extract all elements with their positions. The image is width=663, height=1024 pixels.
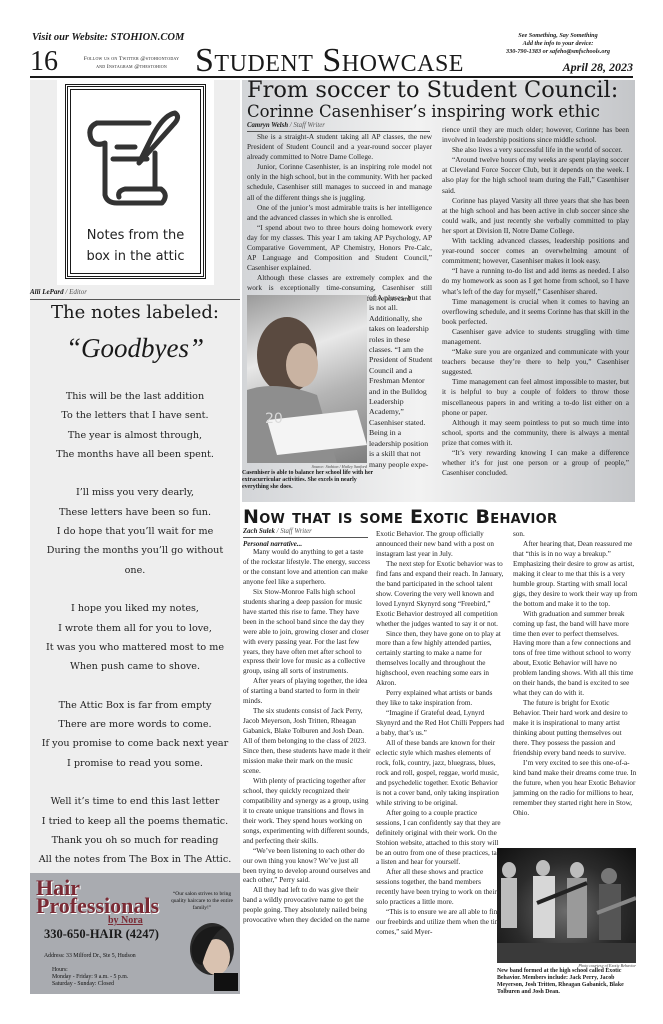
author-name: Camryn Welsh xyxy=(247,122,288,129)
paragraph: “I spend about two to three hours doing … xyxy=(247,223,432,273)
paragraph: After all these shows and practice sessi… xyxy=(376,868,504,908)
notes-logo: Notes from the box in the attic xyxy=(57,80,214,285)
article-wrap-text: of A pluses–but that is not all. Additio… xyxy=(369,293,433,470)
article-column-2: rience until they are much older; howeve… xyxy=(442,125,629,478)
paragraph: The six students consist of Jack Perry, … xyxy=(243,707,371,777)
paragraph: I’m very excited to see this one-of-a-ki… xyxy=(513,759,638,819)
article-column-1: She is a straight-A student taking all A… xyxy=(247,132,432,304)
paragraph: After going to a couple practice session… xyxy=(376,809,504,869)
poem-line: I do hope that you’ll wait for me xyxy=(30,522,240,541)
article-column-1: Many would do anything to get a taste of… xyxy=(243,548,371,926)
author-name: Alli LePard xyxy=(30,288,64,296)
ad-business-name: Hair Professionals xyxy=(36,879,159,915)
paragraph: “This is to ensure we are all able to fi… xyxy=(376,908,504,938)
ad-name-line: Professionals xyxy=(36,897,159,915)
paragraph: Casenhiser gave advice to students strug… xyxy=(442,327,629,347)
poem-line: I promise to read you some. xyxy=(30,754,240,773)
band-on-stage-photo-icon xyxy=(497,848,636,963)
poem-line: During the months you’ll go without xyxy=(30,541,240,560)
hours-weekday: Monday - Friday: 9 a.m. - 5 p.m. xyxy=(52,974,128,981)
paragraph: Corinne has played Varsity all three yea… xyxy=(442,196,629,236)
paragraph: “Make sure you are organized and communi… xyxy=(442,347,629,377)
ad-address: Address: 33 Milford Dr., Ste 5, Hudson xyxy=(44,953,136,959)
author-role: / Editor xyxy=(64,288,87,296)
paragraph: “I have a running to-do list and add ite… xyxy=(442,266,629,296)
poem-line: When push came to shove. xyxy=(30,657,240,676)
paragraph: Exotic Behavior. The group officially an… xyxy=(376,530,504,560)
ad-quote: “Our salon strives to bring quality hair… xyxy=(167,891,237,912)
ad-by-line: by Nora xyxy=(108,915,143,926)
article-headline: From soccer to Student Council: xyxy=(247,78,618,102)
scroll-quill-icon xyxy=(77,105,187,210)
section-title: Student Showcase xyxy=(195,44,464,78)
paragraph: She also lives a very successful life in… xyxy=(442,145,629,155)
poem-line: Thank you oh so much for reading xyxy=(30,831,240,850)
salon-advertisement: Hair Professionals by Nora 330-650-HAIR … xyxy=(30,873,240,994)
poem-line: I hope you liked my notes, xyxy=(30,599,240,618)
author-name: Zach Sulek xyxy=(243,528,275,535)
ad-hours: Hours: Monday - Friday: 9 a.m. - 5 p.m. … xyxy=(52,967,128,989)
stanza: I’ll miss you very dearly, These letters… xyxy=(30,483,240,579)
poem-line: If you promise to come back next year xyxy=(30,734,240,753)
ad-phone: 330-650-HAIR (4247) xyxy=(44,927,159,942)
byline: Zach Sulek / Staff Writer xyxy=(243,528,368,538)
paragraph: “Around twelve hours of my weeks are spe… xyxy=(442,155,629,195)
stanza: The Attic Box is far from empty There ar… xyxy=(30,696,240,773)
article-column-3: son. After hearing that, Dean reassured … xyxy=(513,530,638,819)
notes-column: Notes from the box in the attic Alli LeP… xyxy=(30,80,240,920)
photo-caption: New band formed at the high school calle… xyxy=(497,968,636,996)
masthead: 16 Follow us on Twitter @stohiontoday an… xyxy=(30,48,633,78)
see-something-line: See Something, Say Something xyxy=(483,32,633,40)
paragraph: Perry explained what artists or bands th… xyxy=(376,689,504,709)
byline: Camryn Welsh / Staff Writer xyxy=(247,122,430,132)
byline: Alli LePard / Editor xyxy=(30,288,240,300)
paragraph: With tackling advanced classes, leadersh… xyxy=(442,236,629,266)
poem-line: one. xyxy=(30,561,240,580)
author-role: / Staff Writer xyxy=(275,528,312,535)
article-headline: Now that is some Exotic Behavior xyxy=(243,506,557,528)
paragraph: With plenty of practicing together after… xyxy=(243,777,371,847)
paragraph: With graduation and summer break coming … xyxy=(513,610,638,700)
poem-line: I wrote them all for you to love, xyxy=(30,619,240,638)
article-kicker: Personal narrative... xyxy=(243,540,302,548)
poem-line: The Attic Box is far from empty xyxy=(30,696,240,715)
paragraph: The next step for Exotic behavior was to… xyxy=(376,560,504,630)
paragraph: rience until they are much older; howeve… xyxy=(442,125,629,145)
band-photo xyxy=(497,848,636,963)
photo-credit: Source: Stohion / Hailey Sanford xyxy=(247,464,367,469)
twitter-handle: Follow us on Twitter @stohiontoday xyxy=(74,55,189,63)
soccer-article: From soccer to Student Council: Corinne … xyxy=(242,80,635,502)
issue-date: April 28, 2023 xyxy=(563,60,633,75)
photo-caption: Casenhiser is able to balance her school… xyxy=(242,470,374,491)
hours-weekend: Saturday - Sunday: Closed xyxy=(52,981,128,988)
author-role: / Staff Writer xyxy=(288,122,325,129)
website-link[interactable]: Visit our Website: STOHION.COM xyxy=(32,32,184,43)
paragraph: Six Stow-Monroe Falls high school studen… xyxy=(243,588,371,678)
student-writing-photo-icon: 20 xyxy=(247,295,367,463)
paragraph: “It’s very rewarding knowing I can make … xyxy=(442,448,629,478)
paragraph: One of the junior’s most admirable trait… xyxy=(247,203,432,223)
poem-line: All the notes from The Box in The Attic. xyxy=(30,850,240,869)
paragraph: “We’ve been listening to each other do o… xyxy=(243,847,371,887)
logo-caption-line: Notes from the xyxy=(57,225,214,246)
paragraph: All of these bands are known for their e… xyxy=(376,739,504,809)
paragraph: After hearing that, Dean reassured me th… xyxy=(513,540,638,610)
paragraph: Many would do anything to get a taste of… xyxy=(243,548,371,588)
poem-line: The months have all been spent. xyxy=(30,445,240,464)
poem-line: To the letters that I have sent. xyxy=(30,406,240,425)
notes-logo-caption: Notes from the box in the attic xyxy=(57,225,214,267)
paragraph: Time management is crucial when it comes… xyxy=(442,297,629,327)
social-follow: Follow us on Twitter @stohiontoday and I… xyxy=(74,55,189,71)
see-something-line: Add the info to your device: xyxy=(483,40,633,48)
paragraph: Time management can feel almost impossib… xyxy=(442,377,629,417)
poem-line: Well it’s time to end this last letter xyxy=(30,792,240,811)
poem-line: This will be the last addition xyxy=(30,387,240,406)
instagram-handle: and Instagram @thestohion xyxy=(74,63,189,71)
page-number: 16 xyxy=(30,48,58,76)
poem-body: This will be the last addition To the le… xyxy=(30,387,240,889)
poem-line: There are more words to come. xyxy=(30,715,240,734)
poem-line: It was you who mattered most to me xyxy=(30,638,240,657)
hours-label: Hours: xyxy=(52,967,128,974)
paragraph: After years of playing together, the ide… xyxy=(243,677,371,707)
paragraph: She is a straight-A student taking all A… xyxy=(247,132,432,162)
logo-caption-line: box in the attic xyxy=(57,246,214,267)
stanza: Well it’s time to end this last letter I… xyxy=(30,792,240,869)
paragraph: Since then, they have gone on to play at… xyxy=(376,630,504,690)
svg-text:20: 20 xyxy=(265,411,283,427)
paragraph: Junior, Corinne Casenhister, is an inspi… xyxy=(247,162,432,202)
poem-line: These letters have been so fun. xyxy=(30,503,240,522)
poem-subtitle: “Goodbyes” xyxy=(30,333,240,364)
model-photo-icon xyxy=(180,915,238,991)
poem-line: I’ll miss you very dearly, xyxy=(30,483,240,502)
article-column-2: Exotic Behavior. The group officially an… xyxy=(376,530,504,938)
paragraph: The future is bright for Exotic Behavior… xyxy=(513,699,638,759)
paragraph: Although it may seem pointless to put so… xyxy=(442,418,629,448)
article-subhead: Corinne Casenhiser’s inspiring work ethi… xyxy=(247,102,600,122)
poem-title: The notes labeled: xyxy=(30,302,240,323)
poem-line: The year is almost through, xyxy=(30,426,240,445)
paragraph: “Imagine if Grateful dead, Lynyrd Skynyr… xyxy=(376,709,504,739)
paragraph: son. xyxy=(513,530,638,540)
student-photo: 20 xyxy=(247,295,367,463)
stanza: I hope you liked my notes, I wrote them … xyxy=(30,599,240,676)
poem-line: I tried to keep all the poems thematic. xyxy=(30,812,240,831)
stanza: This will be the last addition To the le… xyxy=(30,387,240,464)
paragraph: All they had left to do was give their b… xyxy=(243,886,371,926)
